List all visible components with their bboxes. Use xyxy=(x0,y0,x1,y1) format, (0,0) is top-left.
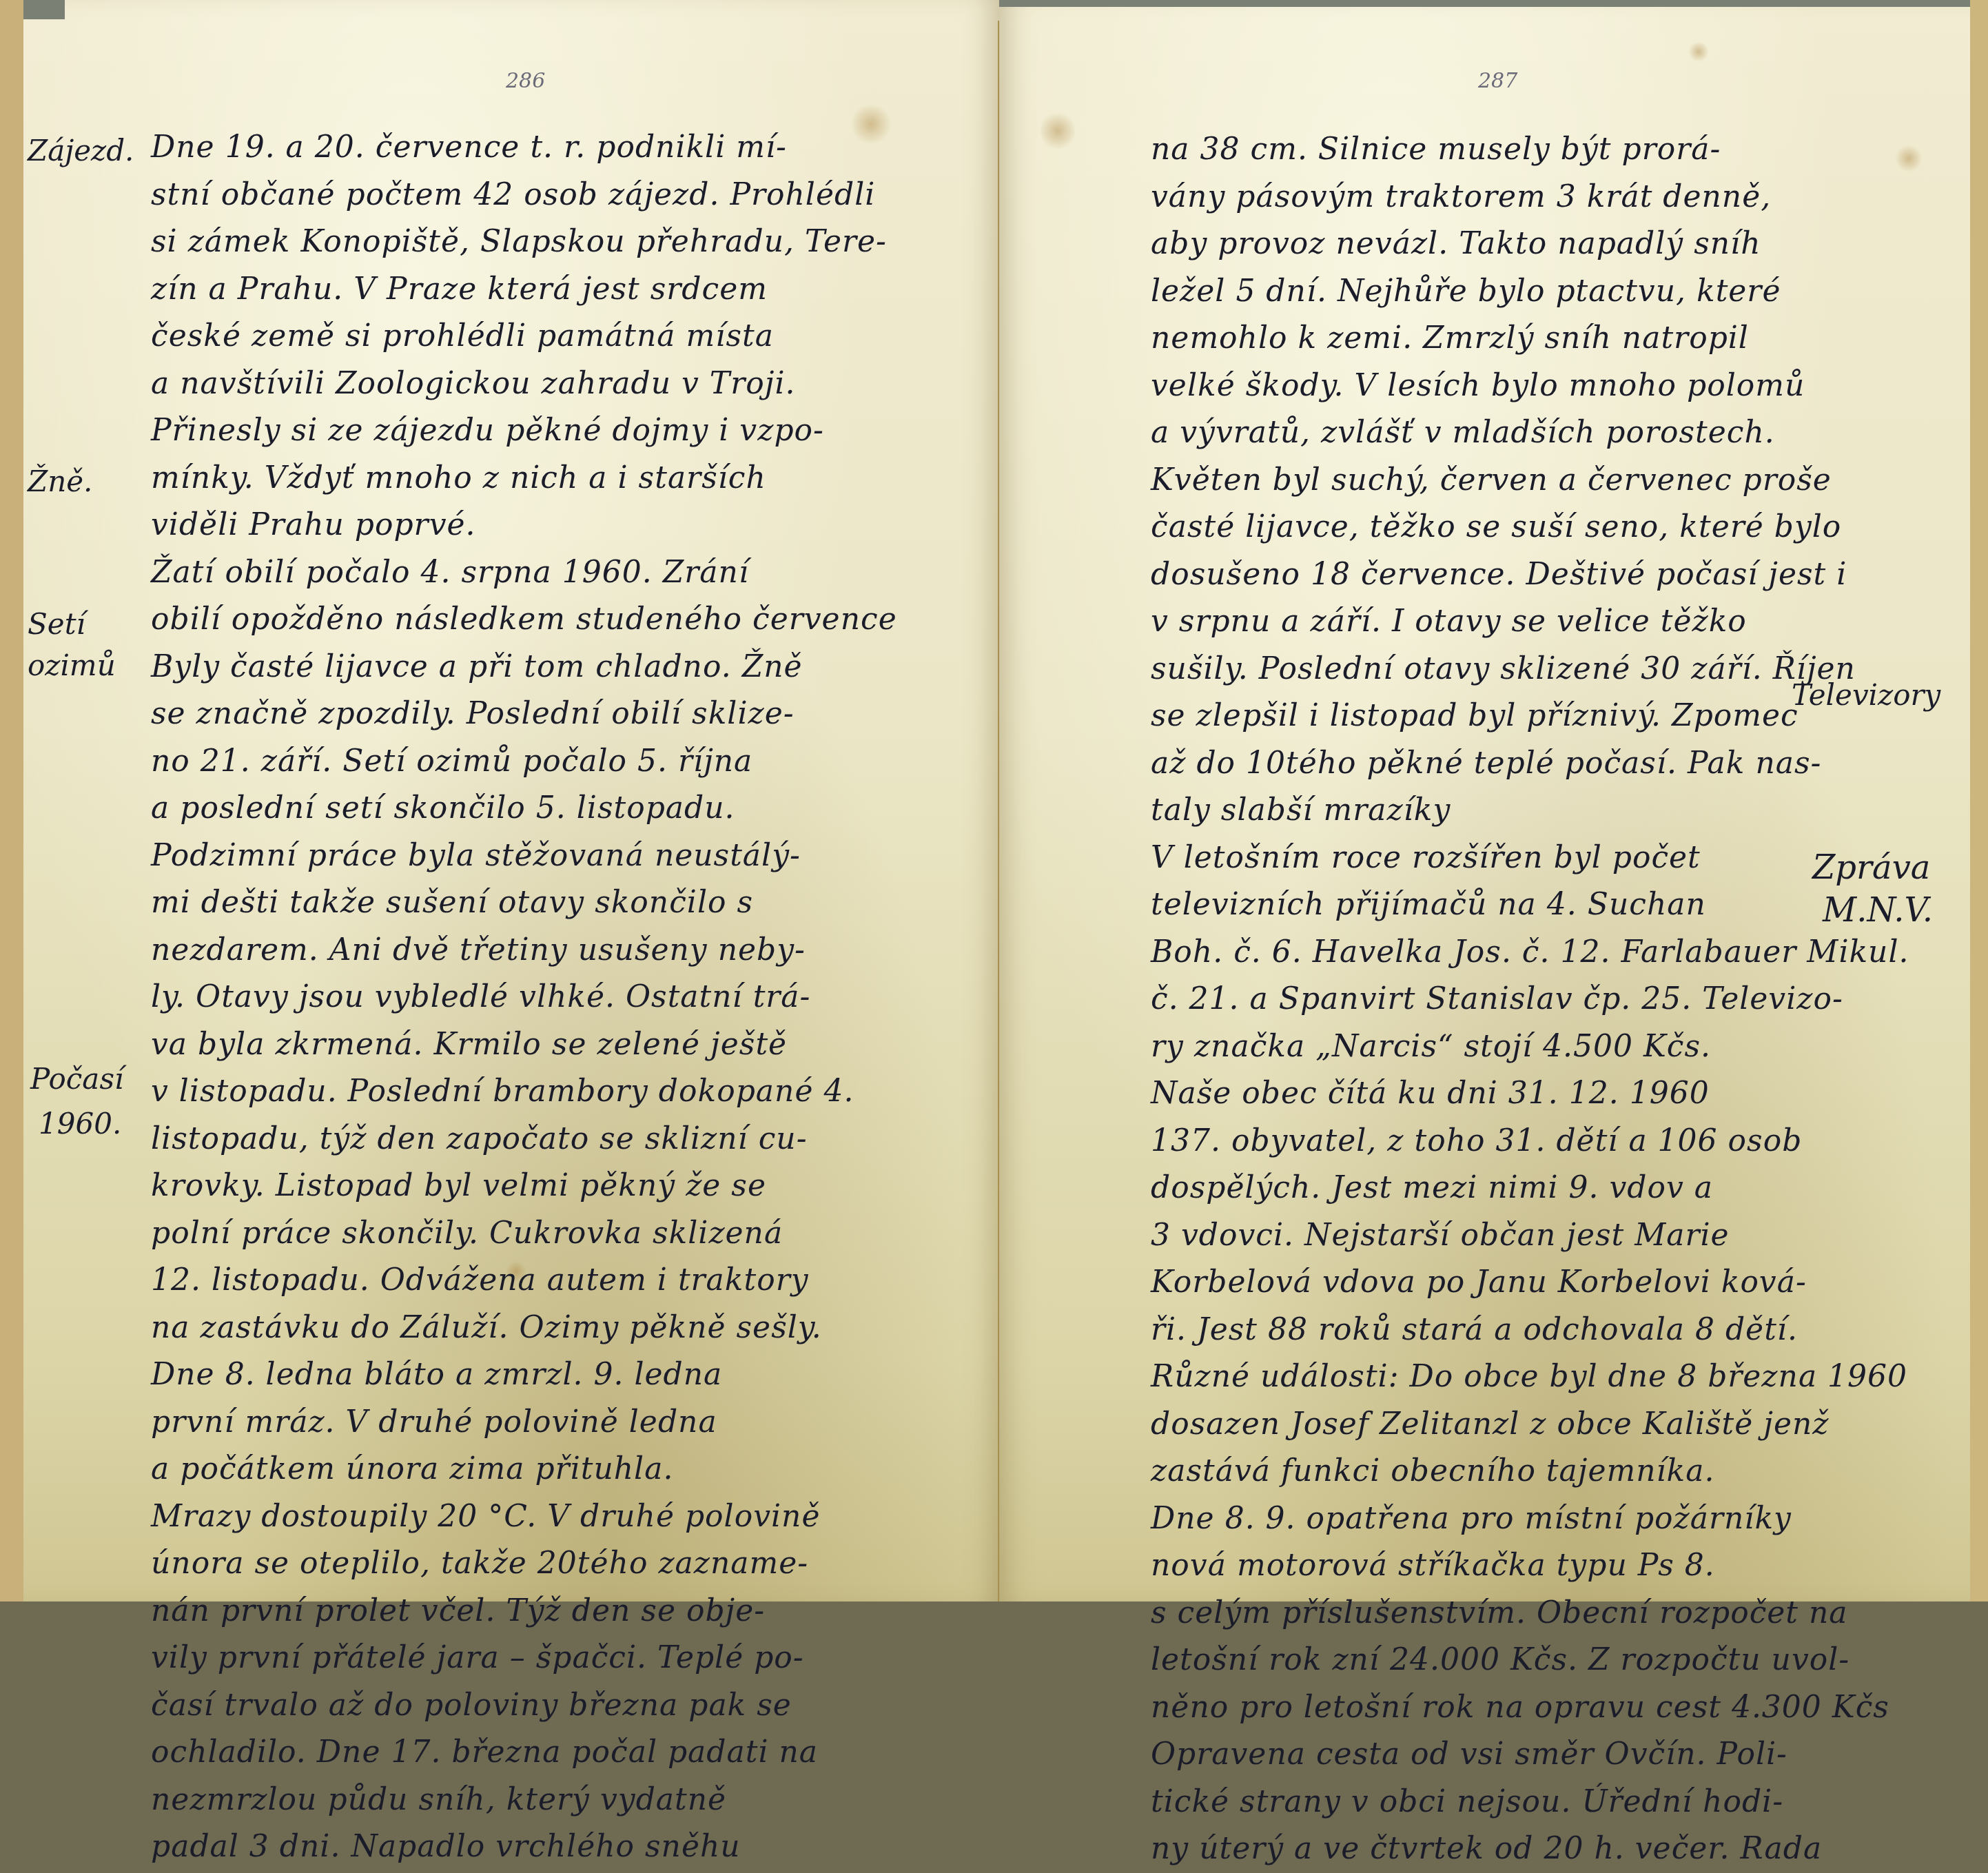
text-line: první mráz. V druhé polovině ledna xyxy=(151,1399,897,1446)
text-line: se zlepšil i listopad byl příznivý. Zpom… xyxy=(1151,693,1909,740)
page-edge-shadow xyxy=(999,0,1970,7)
text-line: a počátkem února zima přituhla. xyxy=(151,1446,897,1493)
text-line: no 21. září. Setí ozimů počalo 5. října xyxy=(151,738,897,786)
text-line: nová motorová stříkačka typu Ps 8. xyxy=(1151,1542,1909,1590)
text-line: Byly časté lijavce a při tom chladno. Žn… xyxy=(151,644,897,691)
text-line: 137. obyvatel, z toho 31. dětí a 106 oso… xyxy=(1151,1118,1909,1165)
text-line: va byla zkrmená. Krmilo se zelené ještě xyxy=(151,1021,897,1069)
text-line: Dne 8. ledna bláto a zmrzl. 9. ledna xyxy=(151,1351,897,1399)
text-line: Květen byl suchý, červen a červenec proš… xyxy=(1151,457,1909,504)
margin-note-zajezd: Zájezd. xyxy=(28,130,134,172)
right-page: 287 Televizory Zpráva M.N.V. na 38 cm. S… xyxy=(999,0,1988,1601)
paper-stain xyxy=(1688,41,1709,62)
margin-note-zne: Žně. xyxy=(28,460,92,503)
page-number: 286 xyxy=(506,69,545,93)
text-line: viděli Prahu poprvé. xyxy=(151,502,897,549)
text-line: krovky. Listopad byl velmi pěkný že se xyxy=(151,1163,897,1210)
margin-note-pocasi: Počasí xyxy=(30,1058,123,1101)
right-page-text: na 38 cm. Silnice musely být prorá- vány… xyxy=(1151,126,1909,1601)
text-line: Korbelová vdova po Janu Korbelovi ková- xyxy=(1151,1259,1909,1307)
text-line: v listopadu. Poslední brambory dokopané … xyxy=(151,1068,897,1116)
text-line: Přinesly si ze zájezdu pěkné dojmy i vzp… xyxy=(151,407,897,455)
text-line: dosazen Josef Zelitanzl z obce Kaliště j… xyxy=(1151,1401,1909,1449)
text-line: časté lijavce, těžko se suší seno, které… xyxy=(1151,504,1909,551)
text-line: až do 10tého pěkné teplé počasí. Pak nas… xyxy=(1151,740,1909,788)
text-line: ležel 5 dní. Nejhůře bylo ptactvu, které xyxy=(1151,268,1909,316)
page-number: 287 xyxy=(1478,69,1517,93)
text-line: a poslední setí skončilo 5. listopadu. xyxy=(151,785,897,832)
text-line: zín a Prahu. V Praze která jest srdcem xyxy=(151,266,897,314)
text-line: V letošním roce rozšířen byl počet xyxy=(1151,835,1909,882)
text-line: Naše obec čítá ku dni 31. 12. 1960 xyxy=(1151,1070,1909,1118)
text-line: aby provoz nevázl. Takto napadlý sníh xyxy=(1151,221,1909,268)
text-line: na 38 cm. Silnice musely být prorá- xyxy=(1151,126,1909,174)
page-edge-shadow xyxy=(23,0,65,19)
text-line: české země si prohlédli památná místa xyxy=(151,313,897,360)
text-line: nezdarem. Ani dvě třetiny usušeny neby- xyxy=(151,927,897,974)
text-line: v srpnu a září. I otavy se velice těžko xyxy=(1151,598,1909,646)
text-line: taly slabší mrazíky xyxy=(1151,787,1909,835)
text-line: nán první prolet včel. Týž den se obje- xyxy=(151,1588,897,1602)
text-line: listopadu, týž den započato se sklizní c… xyxy=(151,1116,897,1163)
margin-note-ozimu: ozimů xyxy=(28,644,116,687)
text-line: s celým příslušenstvím. Obecní rozpočet … xyxy=(1151,1590,1909,1602)
text-line: velké škody. V lesích bylo mnoho polomů xyxy=(1151,362,1909,410)
text-line: stní občané počtem 42 osob zájezd. Prohl… xyxy=(151,172,897,219)
text-line: ři. Jest 88 roků stará a odchovala 8 dět… xyxy=(1151,1307,1909,1354)
text-line: Dne 8. 9. opatřena pro místní požárníky xyxy=(1151,1495,1909,1543)
text-line: sušily. Poslední otavy sklizené 30 září.… xyxy=(1151,646,1909,693)
text-line: ry značka „Narcis“ stojí 4.500 Kčs. xyxy=(1151,1023,1909,1071)
paper-stain xyxy=(1041,110,1075,152)
text-line: února se oteplilo, takže 20tého zazname- xyxy=(151,1540,897,1588)
text-line: Podzimní práce byla stěžovaná neustálý- xyxy=(151,832,897,880)
margin-note-year: 1960. xyxy=(39,1103,121,1145)
text-line: obilí opožděno následkem studeného červe… xyxy=(151,596,897,644)
text-line: 12. listopadu. Odvážena autem i traktory xyxy=(151,1257,897,1304)
text-line: polní práce skončily. Cukrovka sklizená xyxy=(151,1210,897,1258)
text-line: Dne 19. a 20. července t. r. podnikli mí… xyxy=(151,124,897,172)
text-line: nemohlo k zemi. Zmrzlý sníh natropil xyxy=(1151,315,1909,362)
text-line: se značně zpozdily. Poslední obilí skliz… xyxy=(151,690,897,738)
text-line: a navštívili Zoologickou zahradu v Troji… xyxy=(151,360,897,408)
text-line: a vývratů, zvlášť v mladších porostech. xyxy=(1151,409,1909,457)
open-book-spread: 286 Zájezd. Žně. Setí ozimů Počasí 1960.… xyxy=(0,0,1988,1601)
text-line: Různé události: Do obce byl dne 8 března… xyxy=(1151,1353,1909,1401)
text-line: Mrazy dostoupily 20 °C. V druhé polovině xyxy=(151,1493,897,1541)
text-line: 3 vdovci. Nejstarší občan jest Marie xyxy=(1151,1212,1909,1260)
text-line: Žatí obilí počalo 4. srpna 1960. Zrání xyxy=(151,549,897,597)
text-line: dosušeno 18 července. Deštivé počasí jes… xyxy=(1151,551,1909,599)
margin-note-seti: Setí xyxy=(28,603,85,646)
left-page: 286 Zájezd. Žně. Setí ozimů Počasí 1960.… xyxy=(0,0,999,1601)
text-line: mínky. Vždyť mnoho z nich a i starších xyxy=(151,455,897,502)
text-line: Boh. č. 6. Havelka Jos. č. 12. Farlabaue… xyxy=(1151,929,1909,976)
text-line: si zámek Konopiště, Slapskou přehradu, T… xyxy=(151,218,897,266)
text-line: mi dešti takže sušení otavy skončilo s xyxy=(151,879,897,927)
text-line: dospělých. Jest mezi nimi 9. vdov a xyxy=(1151,1165,1909,1212)
text-line: zastává funkci obecního tajemníka. xyxy=(1151,1448,1909,1495)
text-line: televizních přijímačů na 4. Suchan xyxy=(1151,881,1909,929)
left-page-text: Dne 19. a 20. července t. r. podnikli mí… xyxy=(151,124,897,1601)
text-line: vány pásovým traktorem 3 krát denně, xyxy=(1151,174,1909,221)
text-line: č. 21. a Spanvirt Stanislav čp. 25. Tele… xyxy=(1151,976,1909,1023)
text-line: ly. Otavy jsou vybledlé vlhké. Ostatní t… xyxy=(151,974,897,1021)
text-line: na zastávku do Záluží. Ozimy pěkně sešly… xyxy=(151,1304,897,1352)
